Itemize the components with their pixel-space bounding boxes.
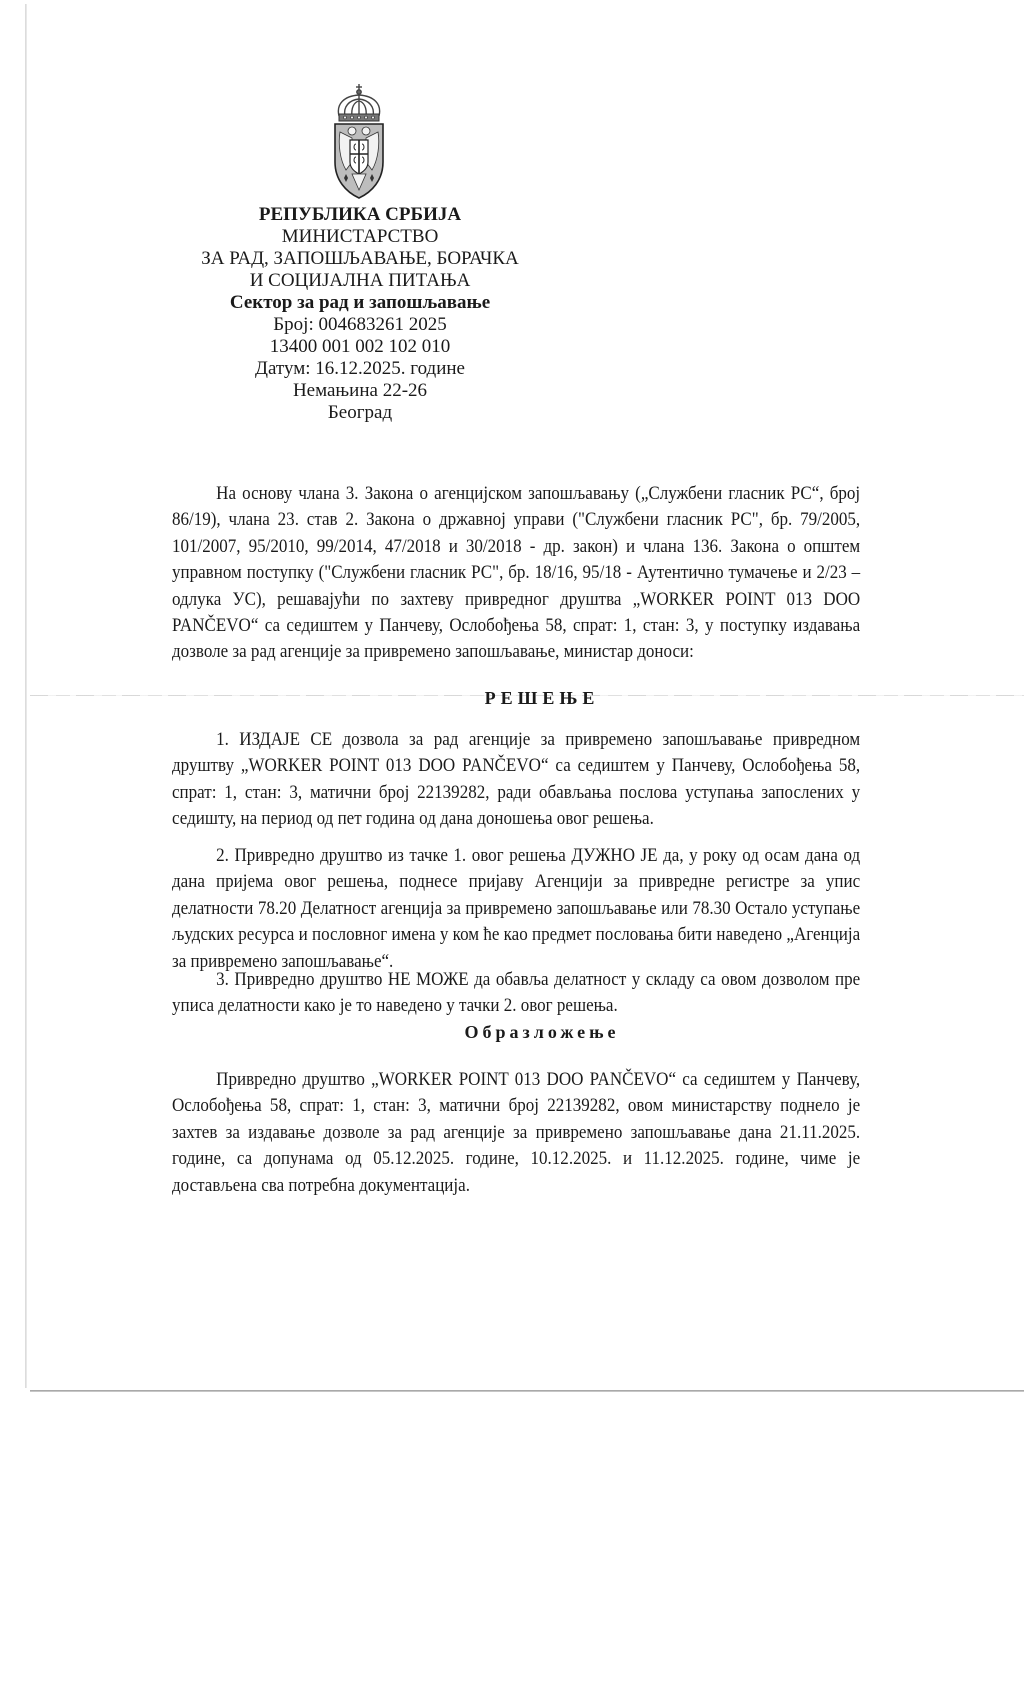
ministry-label: МИНИСТАРСТВО — [170, 226, 550, 248]
document-date: Датум: 16.12.2025. године — [170, 358, 550, 380]
decision-item-1: 1. ИЗДАЈЕ СЕ дозвола за рад агенције за … — [172, 727, 860, 833]
preamble: На основу члана 3. Закона о агенцијском … — [172, 481, 860, 666]
sector-name: Сектор за рад и запошљавање — [170, 292, 550, 314]
letterhead: РЕПУБЛИКА СРБИЈА МИНИСТАРСТВО ЗА РАД, ЗА… — [170, 204, 550, 424]
decision-item-2: 2. Привредно друштво из тачке 1. овог ре… — [172, 843, 860, 975]
decision-item-text: 1. ИЗДАЈЕ СЕ дозвола за рад агенције за … — [172, 727, 860, 833]
coat-of-arms-icon — [332, 82, 386, 200]
reference-code: 13400 001 002 102 010 — [170, 336, 550, 358]
ministry-name-line-1: ЗА РАД, ЗАПОШЉАВАЊЕ, БОРАЧКА — [170, 248, 550, 270]
country-name: РЕПУБЛИКА СРБИЈА — [170, 204, 550, 226]
decision-item-3: 3. Привредно друштво НЕ МОЖЕ да обавља д… — [172, 967, 860, 1020]
decision-heading: РЕШЕЊЕ — [0, 688, 1024, 709]
preamble-paragraph: На основу члана 3. Закона о агенцијском … — [172, 481, 860, 666]
decision-item-text: 3. Привредно друштво НЕ МОЖЕ да обавља д… — [172, 967, 860, 1020]
reasoning-paragraph: Привредно друштво „WORKER POINT 013 DOO … — [172, 1067, 860, 1199]
address-city: Београд — [170, 402, 550, 424]
document-number: Број: 004683261 2025 — [170, 314, 550, 336]
scan-page-edge-bottom — [30, 1390, 1024, 1392]
ministry-name-line-2: И СОЦИЈАЛНА ПИТАЊА — [170, 270, 550, 292]
decision-item-text: 2. Привредно друштво из тачке 1. овог ре… — [172, 843, 860, 975]
reasoning-section: Привредно друштво „WORKER POINT 013 DOO … — [172, 1067, 860, 1199]
address-street: Немањина 22-26 — [170, 380, 550, 402]
reasoning-heading: Образложење — [0, 1022, 1024, 1043]
